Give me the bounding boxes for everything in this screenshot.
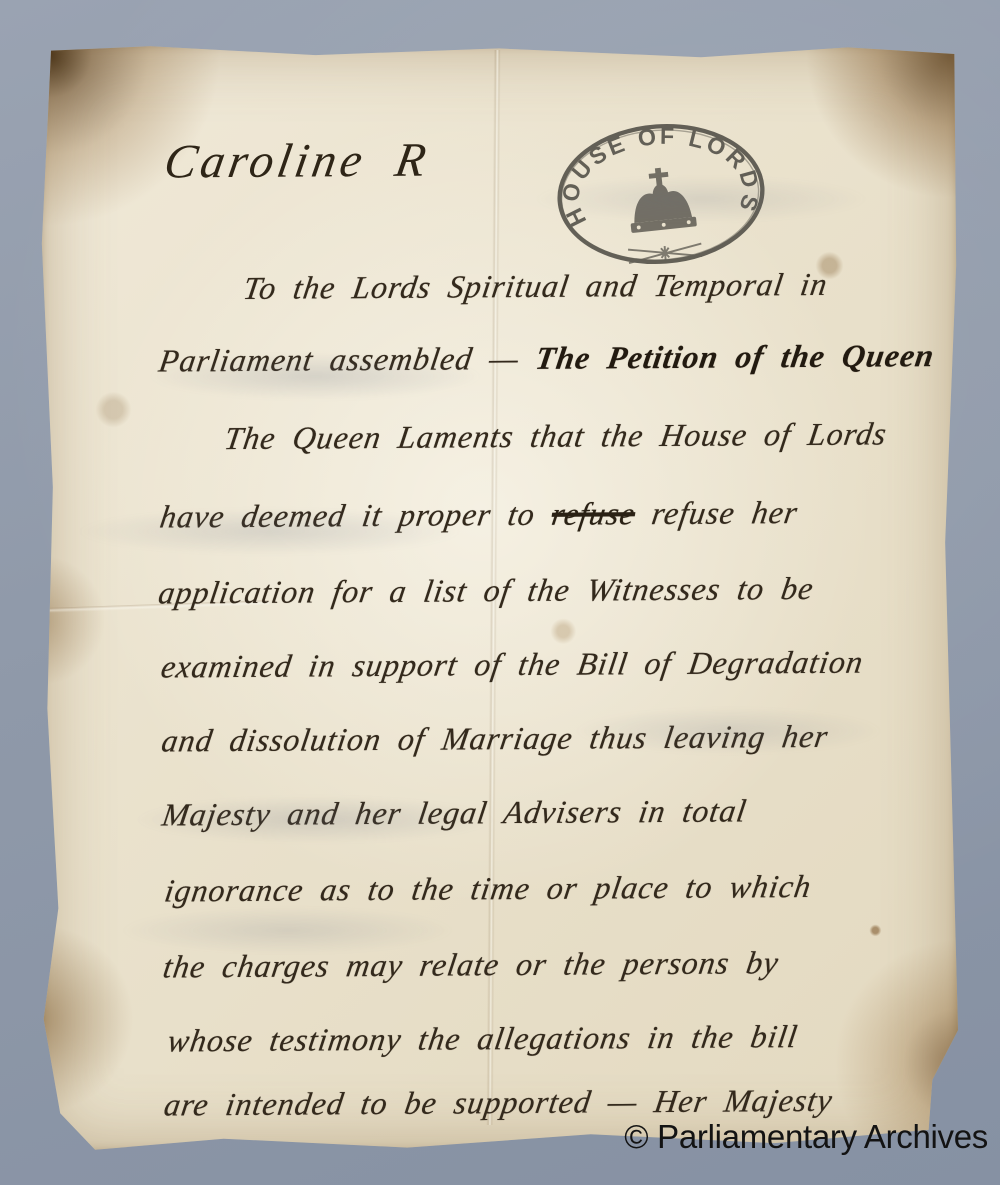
line-segment: have deemed it proper to [158,496,555,535]
document-paper: HOUSE OF LORDS Caroline R To the Lords S… [40,44,958,1152]
line-segment: The Queen Laments that the House of Lord… [222,415,889,456]
photo-backdrop: HOUSE OF LORDS Caroline R To the Lords S… [0,0,1000,1185]
text-line: whose testimony the allegations in the b… [165,1018,800,1059]
text-line: Parliament assembled — The Petition of t… [156,337,937,379]
text-line: and dissolution of Marriage thus leaving… [159,718,831,760]
text-line: ignorance as to the time or place to whi… [162,868,814,910]
signature: Caroline R [160,133,434,190]
text-line: examined in support of the Bill of Degra… [159,644,867,686]
line-segment: Parliament assembled — [157,340,539,379]
line-segment: whose testimony the allegations in the b… [165,1018,800,1058]
text-line: To the Lords Spiritual and Temporal in [241,266,830,307]
text-line: Majesty and her legal Advisers in total [160,792,750,833]
manuscript-text: Caroline R To the Lords Spiritual and Te… [94,41,952,1155]
line-segment: refuse her [632,494,800,531]
line-segment: the charges may relate or the persons by [161,944,782,984]
copyright-watermark: © Parliamentary Archives [624,1118,988,1156]
line-segment: examined in support of the Bill of Degra… [159,644,866,685]
text-line: application for a list of the Witnesses … [156,570,816,612]
line-segment-struck: refuse [549,495,637,532]
line-segment-emphasis: The Petition of the Queen [533,337,937,376]
text-line: the charges may relate or the persons by [161,944,782,985]
line-segment: are intended to be supported — Her Majes… [162,1082,836,1123]
line-segment: To the Lords Spiritual and Temporal in [241,266,830,306]
text-line: have deemed it proper to refuse refuse h… [158,494,801,535]
line-segment: ignorance as to the time or place to whi… [162,868,814,909]
line-segment: and dissolution of Marriage thus leaving… [159,718,831,759]
line-segment: Majesty and her legal Advisers in total [160,792,750,832]
text-line: The Queen Laments that the House of Lord… [222,415,890,457]
line-segment: application for a list of the Witnesses … [156,570,816,611]
